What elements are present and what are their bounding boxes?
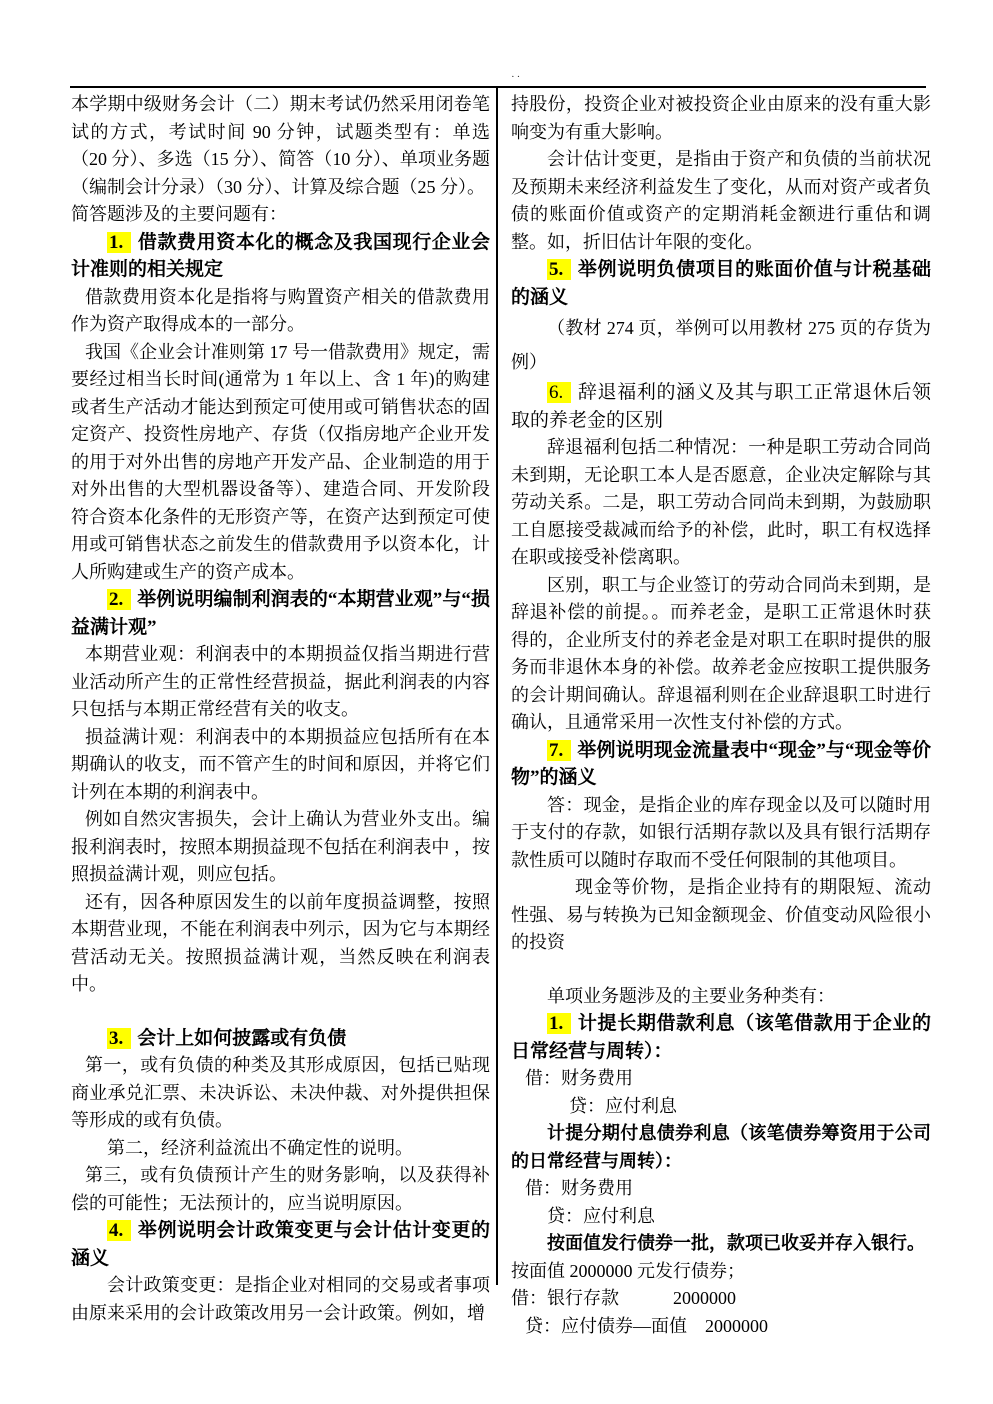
paragraph: 会计政策变更：是指企业对相同的交易或者事项由原来采用的会计政策改用另一会计政策。… xyxy=(71,1272,490,1327)
section-heading: 4.举例说明会计政策变更与会计估计变更的涵义 xyxy=(71,1217,490,1272)
highlighted-number: 1. xyxy=(547,1013,571,1034)
heading-text: 举例说明会计政策变更与会计估计变更的涵义 xyxy=(71,1220,490,1269)
highlighted-number: 6. xyxy=(547,382,571,403)
paragraph: 单项业务题涉及的主要业务种类有： xyxy=(511,983,931,1011)
highlighted-number: 3. xyxy=(107,1028,131,1049)
top-dots: ·· xyxy=(511,72,522,82)
paragraph: 贷：应付债券—面值 2000000 xyxy=(511,1313,931,1341)
section-heading: 1.计提长期借款利息（该笔借款用于企业的日常经营与周转）： xyxy=(511,1010,931,1065)
paragraph: 本学期中级财务会计（二）期末考试仍然采用闭卷笔试的方式，考试时间 90 分钟，试… xyxy=(71,91,490,201)
paragraph: 简答题涉及的主要问题有： xyxy=(71,201,490,229)
right-column: 持股份，投资企业对被投资企业由原来的没有重大影响变为有重大影响。会计估计变更，是… xyxy=(511,91,931,1340)
paragraph: 我国《企业会计准则第 17 号一借款费用》规定，需要经过相当长时间(通常为 1 … xyxy=(71,339,490,587)
section-heading: 7.举例说明现金流量表中“现金”与“现金等价物”的涵义 xyxy=(511,737,931,792)
section-heading: 3.会计上如何披露或有负债 xyxy=(71,1025,490,1053)
paragraph: 本期营业观：利润表中的本期损益仅指当期进行营业活动所产生的正常性经营损益，据此利… xyxy=(71,641,490,724)
left-column: 本学期中级财务会计（二）期末考试仍然采用闭卷笔试的方式，考试时间 90 分钟，试… xyxy=(71,91,490,1327)
top-rule xyxy=(70,86,926,88)
paragraph: 第二，经济利益流出不确定性的说明。 xyxy=(71,1135,490,1163)
section-heading: 1.借款费用资本化的概念及我国现行企业会计准则的相关规定 xyxy=(71,229,490,284)
bottom-dots: ·· xyxy=(92,1303,103,1313)
paragraph: 按面值 2000000 元发行债券； xyxy=(511,1258,931,1286)
heading-text: 举例说明负债项目的账面价值与计税基础的涵义 xyxy=(511,259,931,308)
paragraph: 会计估计变更，是指由于资产和负债的当前状况及预期未来经济利益发生了变化，从而对资… xyxy=(511,146,931,256)
heading-text: 举例说明现金流量表中“现金”与“现金等价物”的涵义 xyxy=(511,740,931,789)
paragraph: 借：财务费用 xyxy=(511,1065,931,1093)
paragraph: 现金等价物，是指企业持有的期限短、流动性强、易与转换为已知金额现金、价值变动风险… xyxy=(511,874,931,957)
section-heading: 2.举例说明编制利润表的“本期营业观”与“损益满计观” xyxy=(71,586,490,641)
paragraph: 区别，职工与企业签订的劳动合同尚未到期，是辞退补偿的前提。。而养老金，是职工正常… xyxy=(511,572,931,737)
highlighted-number: 1. xyxy=(107,232,131,253)
section-heading: 6.辞退福利的涵义及其与职工正常退休后领取的养老金的区别 xyxy=(511,379,931,434)
paragraph: 借：财务费用 xyxy=(511,1175,931,1203)
paragraph: 第三，或有负债预计产生的财务影响，以及获得补偿的可能性；无法预计的，应当说明原因… xyxy=(71,1162,490,1217)
paragraph: （教材 274 页，举例可以用教材 275 页的存货为例） xyxy=(511,311,931,379)
heading-text: 举例说明编制利润表的“本期营业观”与“损益满计观” xyxy=(71,589,490,638)
highlighted-number: 5. xyxy=(547,259,571,280)
paragraph: 例如自然灾害损失，会计上确认为营业外支出。编报利润表时，按照本期损益现不包括在利… xyxy=(71,806,490,889)
heading-text: 计提长期借款利息（该笔借款用于企业的日常经营与周转）： xyxy=(511,1013,931,1062)
paragraph: 贷：应付利息 xyxy=(511,1203,931,1231)
paragraph: 计提分期付息债券利息（该笔债券筹资用于公司的日常经营与周转）： xyxy=(511,1120,931,1175)
paragraph: 按面值发行债券一批，款项已收妥并存入银行。 xyxy=(511,1230,931,1258)
paragraph: 借：银行存款 2000000 xyxy=(511,1285,931,1313)
paragraph: 还有，因各种原因发生的以前年度损益调整，按照本期营业现，不能在利润表中列示，因为… xyxy=(71,889,490,999)
paragraph: 辞退福利包括二种情况：一种是职工劳动合同尚未到期，无论职工本人是否愿意，企业决定… xyxy=(511,434,931,572)
heading-text: 辞退福利的涵义及其与职工正常退休后领取的养老金的区别 xyxy=(511,382,931,431)
paragraph: 持股份，投资企业对被投资企业由原来的没有重大影响变为有重大影响。 xyxy=(511,91,931,146)
paragraph: 第一，或有负债的种类及其形成原因，包括已贴现商业承兑汇票、未决诉讼、未决仲裁、对… xyxy=(71,1052,490,1135)
highlighted-number: 2. xyxy=(107,589,131,610)
heading-text: 会计上如何披露或有负债 xyxy=(137,1028,346,1049)
highlighted-number: 4. xyxy=(107,1220,131,1241)
section-heading: 5.举例说明负债项目的账面价值与计税基础的涵义 xyxy=(511,256,931,311)
paragraph: 损益满计观：利润表中的本期损益应包括所有在本期确认的收支，而不管产生的时间和原因… xyxy=(71,724,490,807)
column-divider xyxy=(496,87,498,1285)
document-page: ·· 本学期中级财务会计（二）期末考试仍然采用闭卷笔试的方式，考试时间 90 分… xyxy=(0,0,993,1404)
paragraph: 借款费用资本化是指将与购置资产相关的借款费用作为资产取得成本的一部分。 xyxy=(71,284,490,339)
paragraph: 贷：应付利息 xyxy=(511,1093,931,1121)
heading-text: 借款费用资本化的概念及我国现行企业会计准则的相关规定 xyxy=(71,232,490,281)
highlighted-number: 7. xyxy=(547,740,571,761)
paragraph: 答：现金，是指企业的库存现金以及可以随时用于支付的存款，如银行活期存款以及具有银… xyxy=(511,792,931,875)
